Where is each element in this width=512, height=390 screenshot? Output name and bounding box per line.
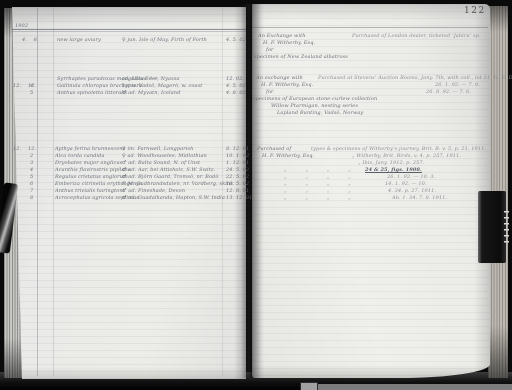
table-surface [316,384,512,390]
register-row: 5 Anthus spinoletta littoralis ♂ ad. Myv… [0,90,250,97]
acquisition-line: for [266,47,274,53]
entry-margin-date: 4. 8. [22,37,39,43]
register-row: 7 Anthus trivialis haringtoni ♂ ad. Fine… [0,188,250,195]
register-row: 2 Alca torda candida ♀ ad. Woodhouselee,… [0,153,250,160]
acquisition-name: H. F. Witherby, Esq. [262,153,314,159]
ditto-marks: „ „ „ „ [284,167,351,173]
price-entry: 26. 1. 92. — 7. 0. [435,82,480,88]
register-row: Aythya ferina brunnescens ♀ im. Farnwell… [0,146,250,153]
entry-date: 4. 5. 02 [226,37,246,43]
entry-date: 10. 1. 02 [226,153,249,159]
register-row: 4 Gallinula chloropus brachyptera 1st w.… [0,83,250,90]
entry-number: 2 [30,153,33,159]
register-row: 6 Emberiza citrinella erythrogenys P. M.… [0,181,250,188]
entry-locality: P. M. Gudbrandsdalen, nr. Vardberg, skin… [122,181,233,187]
acquisition-name: H. F. Witherby, Esq. [263,40,315,46]
entry-locality: ♀ ad. Woodhouselee, Midlothian [122,153,207,159]
acquisition-note: Purchased of London dealer, ticketed ‘Ja… [352,33,481,39]
entry-species: Alca torda candida [55,153,105,159]
register-row: Syrrhaptes paradoxus mongolicus —— ad. L… [0,76,250,83]
entry-locality: ♂ ad. Aar, bei Attisholz, S.W. Switz. [122,167,215,173]
entry-number: 5 [30,174,33,180]
entry-locality: ♀ jun. Isle of May, Firth of Forth [122,37,207,43]
ditto-marks: „ „ „ „ [284,181,351,187]
year-label: 1902 [15,23,28,29]
entry-species: Dryobates major anglicus [55,160,122,166]
reference-entry: 24 & 25, figs. 1908. [365,167,422,173]
entry-date: 13. 12. 01 [226,195,252,201]
entry-date: 4. 5. 02 [226,83,246,89]
entry-locality: ♂ ad. Guadalkanda, Hapton, S.W. India [122,195,225,201]
entry-species: Regulus cristatus anglorum [55,174,128,180]
acquisition-line: specimen of New Zealand albatross [254,54,348,60]
acquisition-line: for [266,89,274,95]
acquisition-name: H. F. Witherby, Esq. [261,82,313,88]
ditto-marks: „ „ „ „ [284,195,351,201]
acquisition-line: An Exchange with [258,33,306,39]
acquisition-line: An exchange with [256,75,303,81]
reference-entry: 26. 1. 92. — 10. 3. [387,174,435,180]
acquisition-line: Lapland Bunting, Vadsö, Norway [277,110,363,116]
register-row: 8 Acrocephalus agricola septimus ♂ ad. G… [0,195,250,202]
entry-date: 12. 8. 01 [226,188,249,194]
ditto-marks: „ „ „ „ [284,188,351,194]
header-rule [12,29,246,30]
entry-date: 22. 5. 02 [226,174,249,180]
entry-date: 4. 8. 02 [226,90,246,96]
entry-locality: ad. Lilla Edet, Nyassa [122,76,180,82]
acquisition-line: Willow Ptarmigan, nesting series [271,103,358,109]
entry-species: Acanthis flavirostris pipilans [55,167,131,173]
entry-species: new large aviary [57,37,101,43]
book-photo: 122 1902 4. 8. new large aviary ♀ jun. I… [0,0,512,390]
entry-locality: ♀ im. Farnwell, Longparish [122,146,193,152]
entry-species: Anthus spinoletta littoralis [57,90,127,96]
entry-locality: ♂ ad. Balta Sound, N. of Unst [122,160,200,166]
register-row: 4. 8. new large aviary ♀ jun. Isle of Ma… [0,37,250,44]
reference-entry: 4. 34. p. 27. 1911. [388,188,436,194]
entry-locality: ♂ ad. Fineshade, Devon [122,188,185,194]
register-row: 5 Regulus cristatus anglorum ♂ ad. Björn… [0,174,250,181]
header-rule-right [252,27,488,28]
entry-species: Anthus trivialis haringtoni [55,188,124,194]
entry-date: 8. 12. 01 [226,146,249,152]
entry-number: 5 [30,90,33,96]
entry-locality: ♂ ad. Myvatn, Iceland [122,90,180,96]
entry-number: 4 [30,167,33,173]
entry-number: 7 [30,188,33,194]
entry-number: 8 [30,195,33,201]
entry-date: 12. 02. [226,76,244,82]
register-row: 3 Dryobates major anglicus ♂ ad. Balta S… [0,160,250,167]
acquisition-note: types & specimens of Witherby’s journey,… [311,146,486,152]
page-number: 122 [464,6,486,16]
table-surface-tab [300,382,318,390]
header-rule-secondary [12,31,246,32]
entry-species: Aythya ferina brunnescens [55,146,125,152]
film-holder [478,191,506,263]
film-holder-ticks [504,211,509,245]
register-row: 4 Acanthis flavirostris pipilans ♂ ad. A… [0,167,250,174]
entry-number: 4 [30,83,33,89]
reference-entry: „ Witherby, Brit. Birds, v. 4, p. 257, 1… [352,153,461,159]
entry-locality: 1st w. Vadsö, Magerö, w. coast [122,83,202,89]
entry-number: 3 [30,160,33,166]
acquisition-note: Purchased at Stevens’ Auction Rooms, Jan… [318,75,512,81]
ditto-marks: „ „ „ „ [284,174,351,180]
reference-entry: 14. 1. 92. — 10. [385,181,427,187]
reference-entry: Ab. 1. 34. 7. 8. 1911. [392,195,447,201]
entry-locality: ♂ ad. Björn Gaard, Tromsö, nr. Bodö [122,174,218,180]
entry-date: 1. 12. 01 [226,160,249,166]
acquisition-line: specimens of European stone-curlew colle… [253,96,377,102]
price-entry: 26. 8. 92. — 7. 6. [426,89,471,95]
entry-number: 6 [30,181,33,187]
entry-date: 10. 5. 02 [226,181,249,187]
entry-date: 24. 5. 02 [226,167,249,173]
acquisition-line: Purchased of [257,146,291,152]
reference-entry: „ Ibis, Jany. 1912, p. 257. [358,160,424,166]
